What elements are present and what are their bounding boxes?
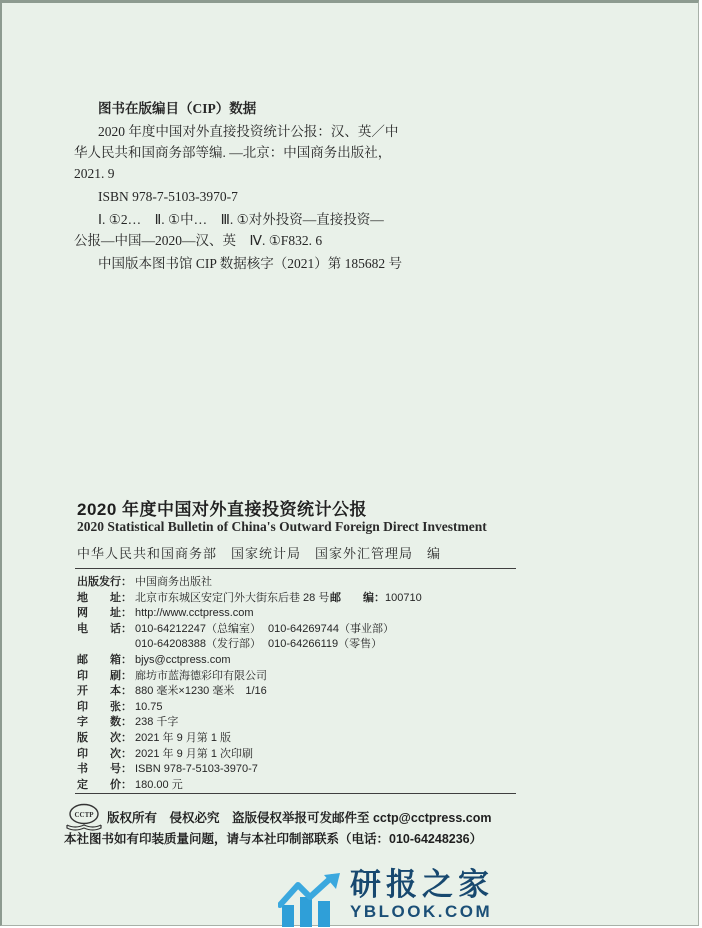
colophon-row-email: 邮 箱： bjys@cctpress.com	[77, 653, 517, 669]
sheets-label: 印 张：	[77, 700, 135, 716]
divider-top	[75, 568, 516, 569]
colophon-row-book-number: 书 号： ISBN 978-7-5103-3970-7	[77, 762, 517, 778]
format-label: 开 本：	[77, 684, 135, 700]
address-label: 地 址：	[77, 591, 135, 607]
postcode-label: 邮 编：	[330, 591, 385, 607]
colophon-row-words: 字 数： 238 千字	[77, 715, 517, 731]
cip-class-line1: Ⅰ. ①2… Ⅱ. ①中… Ⅲ. ①对外投资—直接投资—	[74, 209, 504, 230]
colophon-row-website: 网 址： http://www.cctpress.com	[77, 606, 517, 622]
publisher-label: 出版发行：	[77, 575, 135, 591]
format-value: 880 毫米×1230 毫米 1/16	[135, 684, 267, 700]
address-value: 北京市东城区安定门外大街东后巷 28 号	[135, 591, 330, 607]
postcode-value: 100710	[385, 591, 422, 607]
yblook-chart-icon	[278, 873, 342, 928]
book-number-value: ISBN 978-7-5103-3970-7	[135, 762, 258, 778]
editors-line: 中华人民共和国商务部 国家统计局 国家外汇管理局 编	[77, 543, 441, 562]
cip-block: 图书在版编目（CIP）数据 2020 年度中国对外直接投资统计公报：汉、英／中 …	[74, 98, 504, 274]
cip-entry-line1: 2020 年度中国对外直接投资统计公报：汉、英／中	[74, 121, 504, 142]
colophon-row-format: 开 本： 880 毫米×1230 毫米 1/16	[77, 684, 517, 700]
impression-value: 2021 年 9 月第 1 次印刷	[135, 747, 253, 763]
email-label: 邮 箱：	[77, 653, 135, 669]
cip-isbn: ISBN 978-7-5103-3970-7	[74, 186, 504, 207]
watermark-text: 研报之家 YBLOOK.COM	[350, 867, 494, 921]
colophon-row-printer: 印 刷： 廊坊市蓝海德彩印有限公司	[77, 669, 517, 685]
cip-entry: 2020 年度中国对外直接投资统计公报：汉、英／中 华人民共和国商务部等编. —…	[74, 121, 504, 184]
phone-label-spacer	[77, 637, 135, 653]
colophon-row-phone-1: 电 话： 010-64212247（总编室） 010-64269744（事业部）	[77, 622, 517, 638]
email-value: bjys@cctpress.com	[135, 653, 231, 669]
book-copyright-page: 图书在版编目（CIP）数据 2020 年度中国对外直接投资统计公报：汉、英／中 …	[0, 0, 699, 926]
impression-label: 印 次：	[77, 747, 135, 763]
cip-class-line2: 公报—中国—2020—汉、英 Ⅳ. ①F832. 6	[74, 230, 504, 251]
publisher-value: 中国商务出版社	[135, 575, 212, 591]
phone-value-3: 010-64208388（发行部）	[135, 637, 268, 653]
cip-entry-line3: 2021. 9	[74, 163, 504, 184]
colophon-row-phone-2: 010-64208388（发行部） 010-64266119（零售）	[77, 637, 517, 653]
colophon-row-sheets: 印 张： 10.75	[77, 700, 517, 716]
divider-bottom	[75, 793, 516, 794]
cip-classification: Ⅰ. ①2… Ⅱ. ①中… Ⅲ. ①对外投资—直接投资— 公报—中国—2020—…	[74, 209, 504, 251]
edition-value: 2021 年 9 月第 1 版	[135, 731, 231, 747]
words-label: 字 数：	[77, 715, 135, 731]
website-label: 网 址：	[77, 606, 135, 622]
watermark-brand-domain: YBLOOK.COM	[350, 903, 494, 921]
book-number-label: 书 号：	[77, 762, 135, 778]
words-value: 238 千字	[135, 715, 178, 731]
watermark-brand-chinese: 研报之家	[350, 867, 494, 903]
printing-quality-notice: 本社图书如有印装质量问题，请与本社印制部联系（电话：010-64248236）	[64, 829, 482, 847]
sheets-value: 10.75	[135, 700, 163, 716]
copyright-notice: 版权所有 侵权必究 盗版侵权举报可发邮件至 cctp@cctpress.com	[107, 808, 491, 826]
colophon-row-price: 定 价： 180.00 元	[77, 778, 517, 794]
price-label: 定 价：	[77, 778, 135, 794]
printer-label: 印 刷：	[77, 669, 135, 685]
colophon-row-edition: 版 次： 2021 年 9 月第 1 版	[77, 731, 517, 747]
cip-entry-line2: 华人民共和国商务部等编. —北京：中国商务出版社，	[74, 142, 504, 163]
colophon-row-address: 地 址： 北京市东城区安定门外大街东后巷 28 号 邮 编： 100710	[77, 591, 517, 607]
printer-value: 廊坊市蓝海德彩印有限公司	[135, 669, 267, 685]
price-value: 180.00 元	[135, 778, 183, 794]
phone-value-2: 010-64269744（事业部）	[268, 622, 394, 638]
colophon-block: 出版发行： 中国商务出版社 地 址： 北京市东城区安定门外大街东后巷 28 号 …	[77, 575, 517, 793]
publisher-logo-text: CCTP	[74, 811, 94, 819]
phone-label: 电 话：	[77, 622, 135, 638]
phone-value-4: 010-64266119（零售）	[268, 637, 382, 653]
book-title-chinese: 2020 年度中国对外直接投资统计公报	[77, 495, 367, 520]
phone-value-1: 010-64212247（总编室）	[135, 622, 268, 638]
edition-label: 版 次：	[77, 731, 135, 747]
website-value: http://www.cctpress.com	[135, 606, 254, 622]
cip-heading: 图书在版编目（CIP）数据	[74, 98, 504, 119]
colophon-row-impression: 印 次： 2021 年 9 月第 1 次印刷	[77, 747, 517, 763]
watermark: 研报之家 YBLOOK.COM	[278, 867, 494, 928]
colophon-row-publisher: 出版发行： 中国商务出版社	[77, 575, 517, 591]
book-title-english: 2020 Statistical Bulletin of China's Out…	[77, 519, 487, 535]
cip-record-number: 中国版本图书馆 CIP 数据核字（2021）第 185682 号	[74, 253, 504, 274]
